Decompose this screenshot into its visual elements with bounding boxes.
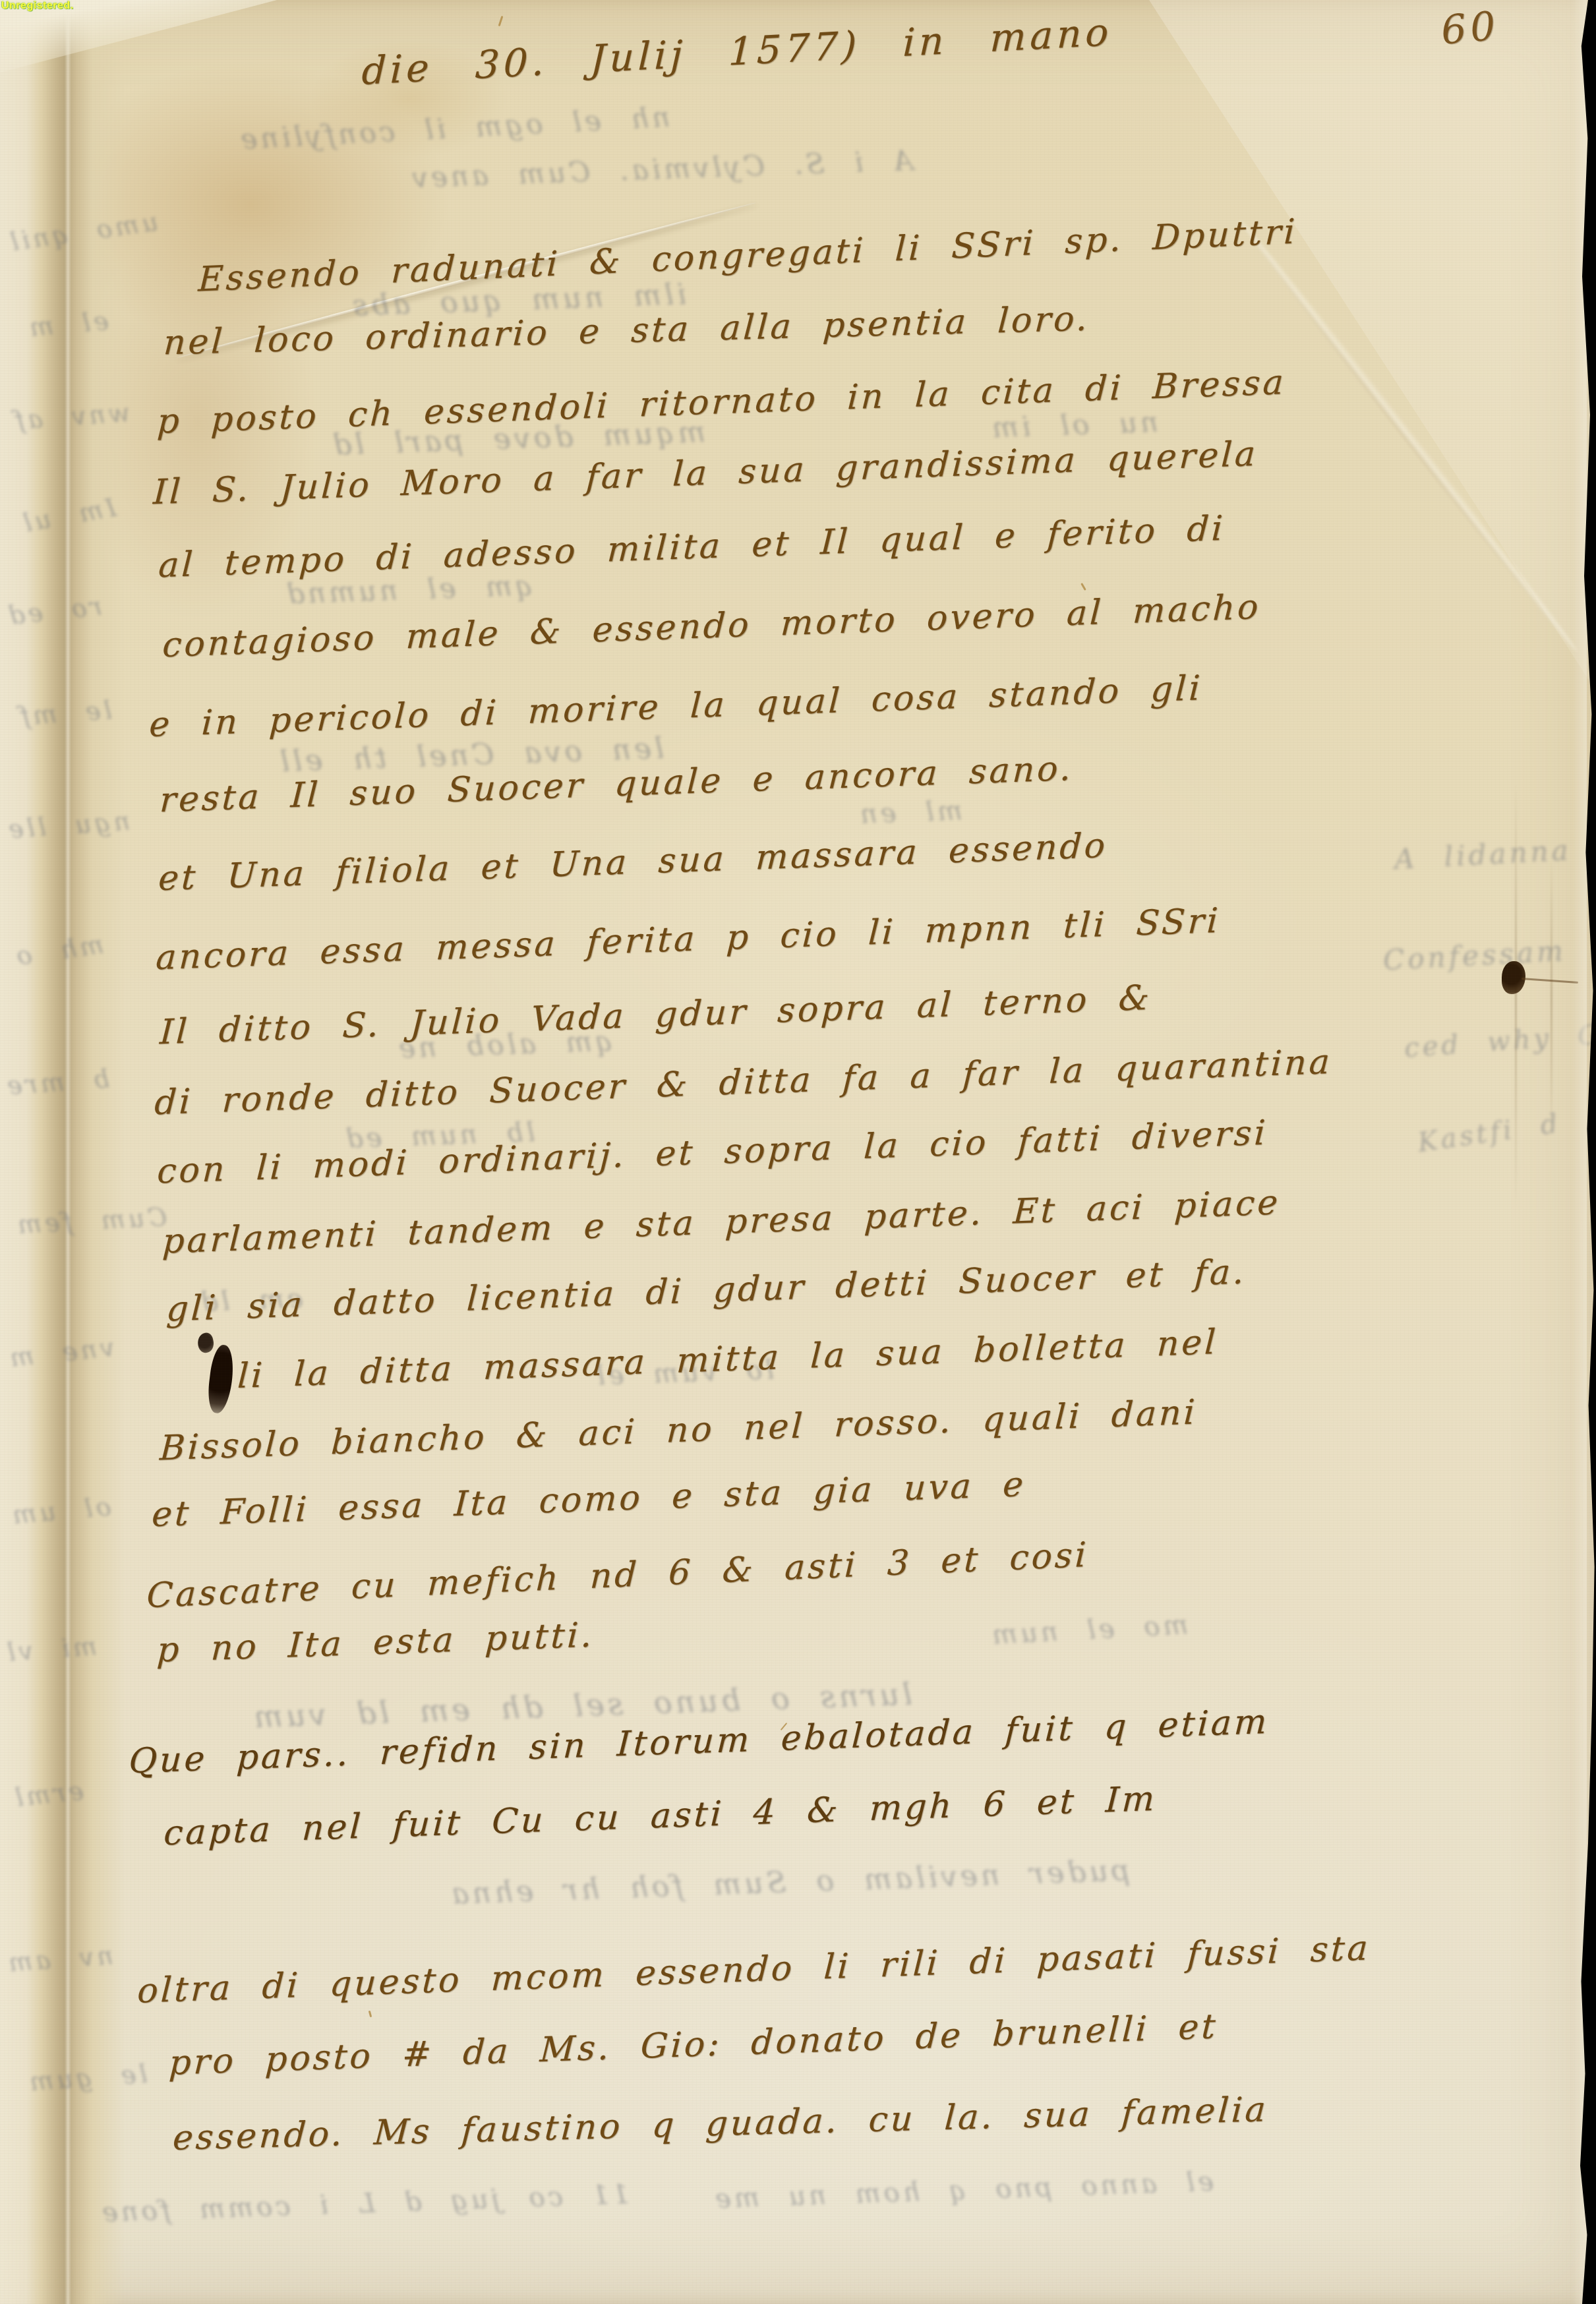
handwritten-line: al tempo di adesso milita et Il qual e f… xyxy=(158,509,1226,586)
handwritten-line: Il ditto S. Julio Vada gdur sopra al ter… xyxy=(159,978,1153,1053)
handwritten-line: et Folli essa Ita como e sta gia uva e xyxy=(151,1465,1027,1535)
handwritten-line: con li modi ordinarij. et sopra la cio f… xyxy=(156,1113,1269,1192)
handwritten-line: pro posto # da Ms. Gio: donato de brunel… xyxy=(168,2007,1219,2083)
handwritten-line: Il S. Julio Moro a far la sua grandissim… xyxy=(152,434,1259,513)
folio-number: 60 xyxy=(1439,3,1501,53)
handwriting-layer: die 30. Julij 1577) in manoEssendo radun… xyxy=(0,0,1596,2304)
handwritten-line: p no Ita esta putti. xyxy=(156,1615,595,1670)
handwritten-line: ancora essa messa ferita p cio li mpnn t… xyxy=(155,901,1222,978)
handwritten-line: li la ditta massara mitta la sua bollett… xyxy=(237,1322,1219,1396)
page-heading: die 30. Julij 1577) in mano xyxy=(361,9,1113,94)
handwritten-line: oltra di questo mcom essendo li rili di … xyxy=(136,1928,1371,2011)
handwritten-line: essendo. Ms faustino q guada. cu la. sua… xyxy=(171,2090,1269,2158)
handwritten-line: Essendo radunati & congregati li SSri sp… xyxy=(197,212,1298,300)
handwritten-line: et Una filiola et Una sua massara essend… xyxy=(158,826,1109,899)
handwritten-line: contagioso male & essendo morto overo al… xyxy=(162,587,1262,665)
handwritten-line: nel loco ordinario e sta alla psentia lo… xyxy=(162,299,1091,363)
manuscript-scan: nh el ogm il confylineA i S. Cylvmia. Cu… xyxy=(0,0,1596,2304)
handwritten-line: Que pars.. refidn sin Itorum ebalotada f… xyxy=(128,1702,1270,1782)
handwritten-line: e in pericolo di morire la qual cosa sta… xyxy=(148,668,1204,745)
handwritten-line: p posto ch essendoli ritornato in la cit… xyxy=(156,363,1287,442)
handwritten-line: gli sia datto licentia di gdur detti Suo… xyxy=(165,1252,1247,1329)
scan-watermark: Unregistered. xyxy=(1,0,74,12)
handwritten-line: di ronde ditto Suocer & ditta fa a far l… xyxy=(154,1042,1333,1123)
handwritten-line: parlamenti tandem e sta presa parte. Et … xyxy=(162,1183,1282,1261)
handwritten-line: capta nel fuit Cu cu asti 4 & mgh 6 et I… xyxy=(163,1779,1158,1854)
handwritten-line: Bissolo biancho & aci no nel rosso. qual… xyxy=(159,1392,1198,1468)
handwritten-line: resta Il suo Suocer quale e ancora sano. xyxy=(159,749,1075,821)
handwritten-line: Cascatre cu mefich nd 6 & asti 3 et cosi xyxy=(146,1535,1089,1616)
